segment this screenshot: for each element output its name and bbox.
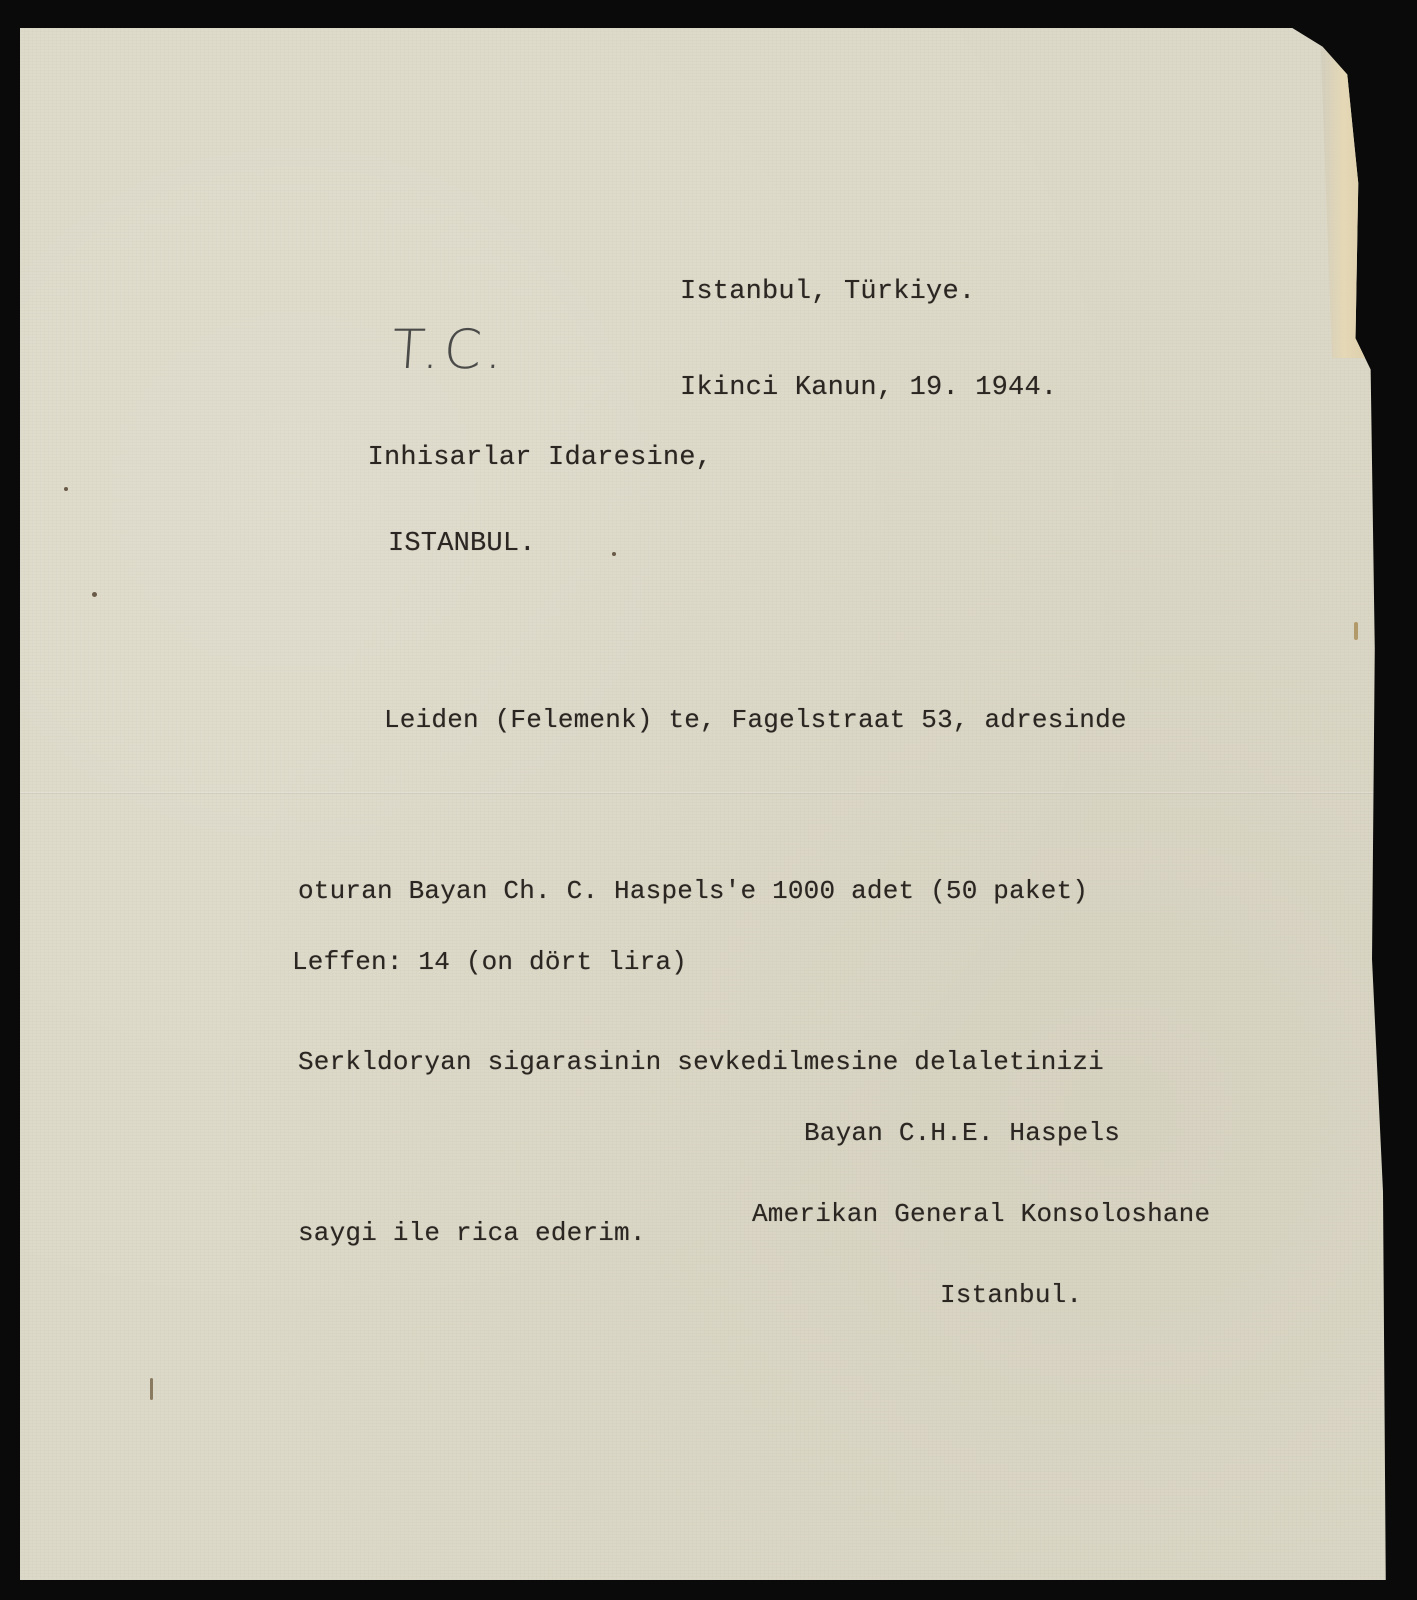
paper-speck bbox=[1354, 622, 1358, 640]
paper-speck bbox=[64, 487, 68, 491]
paper-speck bbox=[92, 592, 97, 597]
signatory-city: Istanbul. bbox=[940, 1282, 1210, 1309]
body-line: oturan Bayan Ch. C. Haspels'e 1000 adet … bbox=[298, 863, 1127, 920]
scan-canvas: Istanbul, Türkiye. Ikinci Kanun, 19. 194… bbox=[0, 0, 1417, 1600]
place-date-block: Istanbul, Türkiye. Ikinci Kanun, 19. 194… bbox=[680, 212, 1057, 468]
place-line: Istanbul, Türkiye. bbox=[680, 276, 1057, 308]
addressee-name: Inhisarlar Idaresine, bbox=[368, 443, 712, 473]
addressee-city: ISTANBUL. bbox=[388, 528, 712, 560]
paper-speck bbox=[150, 1378, 153, 1400]
fee-line: Leffen: 14 (on dört lira) bbox=[292, 946, 687, 978]
torn-corner bbox=[1320, 28, 1380, 358]
signatory-institution: Amerikan General Konsoloshane bbox=[752, 1201, 1210, 1228]
handwritten-annotation: T.C. bbox=[390, 318, 509, 381]
date-line: Ikinci Kanun, 19. 1944. bbox=[680, 372, 1057, 404]
signatory-name: Bayan C.H.E. Haspels bbox=[804, 1120, 1210, 1147]
body-line: Leiden (Felemenk) te, Fagelstraat 53, ad… bbox=[298, 692, 1127, 749]
paper-speck bbox=[612, 552, 616, 556]
signature-block: Bayan C.H.E. Haspels Amerikan General Ko… bbox=[752, 1066, 1210, 1363]
